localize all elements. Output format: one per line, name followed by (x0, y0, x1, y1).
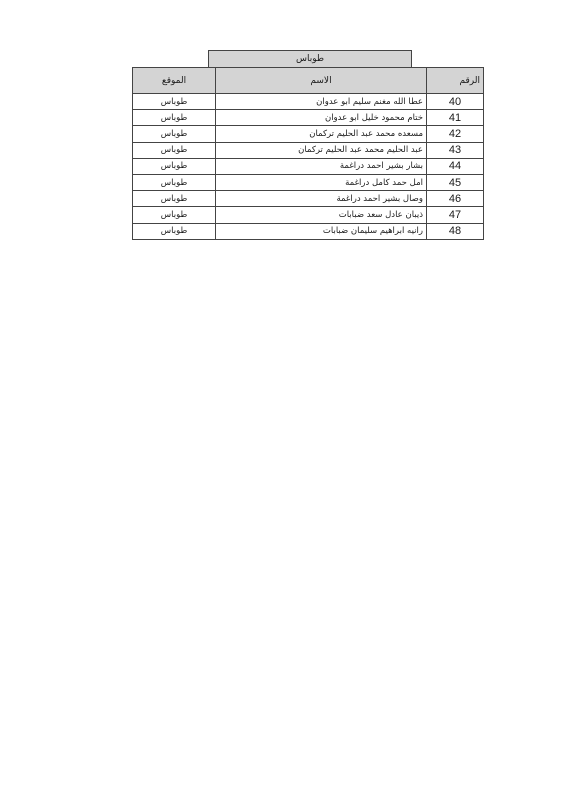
roster-table: الرقم الاسم الموقع 40عطا الله مغنم سليم … (132, 67, 484, 240)
row-number: 44 (427, 158, 484, 174)
row-location: طوباس (133, 94, 216, 110)
table-row: 46وصال بشير احمد دراغمةطوباس (133, 191, 484, 207)
row-number: 41 (427, 110, 484, 126)
row-name: امل حمد كامل دراغمة (216, 174, 427, 190)
column-header-number: الرقم (427, 68, 484, 94)
row-number: 43 (427, 142, 484, 158)
row-location: طوباس (133, 158, 216, 174)
table-row: 43عبد الحليم محمد عبد الحليم تركمانطوباس (133, 142, 484, 158)
row-number: 48 (427, 223, 484, 239)
row-number: 42 (427, 126, 484, 142)
row-name: بشار بشير احمد دراغمة (216, 158, 427, 174)
table-row: 44بشار بشير احمد دراغمةطوباس (133, 158, 484, 174)
row-name: عبد الحليم محمد عبد الحليم تركمان (216, 142, 427, 158)
row-location: طوباس (133, 191, 216, 207)
group-title: طوباس (208, 50, 412, 67)
row-number: 47 (427, 207, 484, 223)
row-location: طوباس (133, 126, 216, 142)
table-row: 48رانيه ابراهيم سليمان ضباباتطوباس (133, 223, 484, 239)
row-location: طوباس (133, 207, 216, 223)
row-name: وصال بشير احمد دراغمة (216, 191, 427, 207)
row-name: ذيبان عادل سعد ضبابات (216, 207, 427, 223)
row-location: طوباس (133, 110, 216, 126)
row-name: مسعده محمد عبد الحليم تركمان (216, 126, 427, 142)
column-header-location: الموقع (133, 68, 216, 94)
row-number: 45 (427, 174, 484, 190)
row-name: عطا الله مغنم سليم ابو عدوان (216, 94, 427, 110)
table-row: 47ذيبان عادل سعد ضباباتطوباس (133, 207, 484, 223)
header-row: الرقم الاسم الموقع (133, 68, 484, 94)
table-row: 41ختام محمود خليل ابو عدوانطوباس (133, 110, 484, 126)
document-page: طوباس الرقم الاسم الموقع 40عطا الله مغنم… (0, 0, 565, 800)
column-header-name: الاسم (216, 68, 427, 94)
row-location: طوباس (133, 142, 216, 158)
row-name: رانيه ابراهيم سليمان ضبابات (216, 223, 427, 239)
table-row: 45امل حمد كامل دراغمةطوباس (133, 174, 484, 190)
table-row: 42مسعده محمد عبد الحليم تركمانطوباس (133, 126, 484, 142)
row-location: طوباس (133, 223, 216, 239)
row-location: طوباس (133, 174, 216, 190)
row-number: 40 (427, 94, 484, 110)
row-number: 46 (427, 191, 484, 207)
table-row: 40عطا الله مغنم سليم ابو عدوانطوباس (133, 94, 484, 110)
row-name: ختام محمود خليل ابو عدوان (216, 110, 427, 126)
